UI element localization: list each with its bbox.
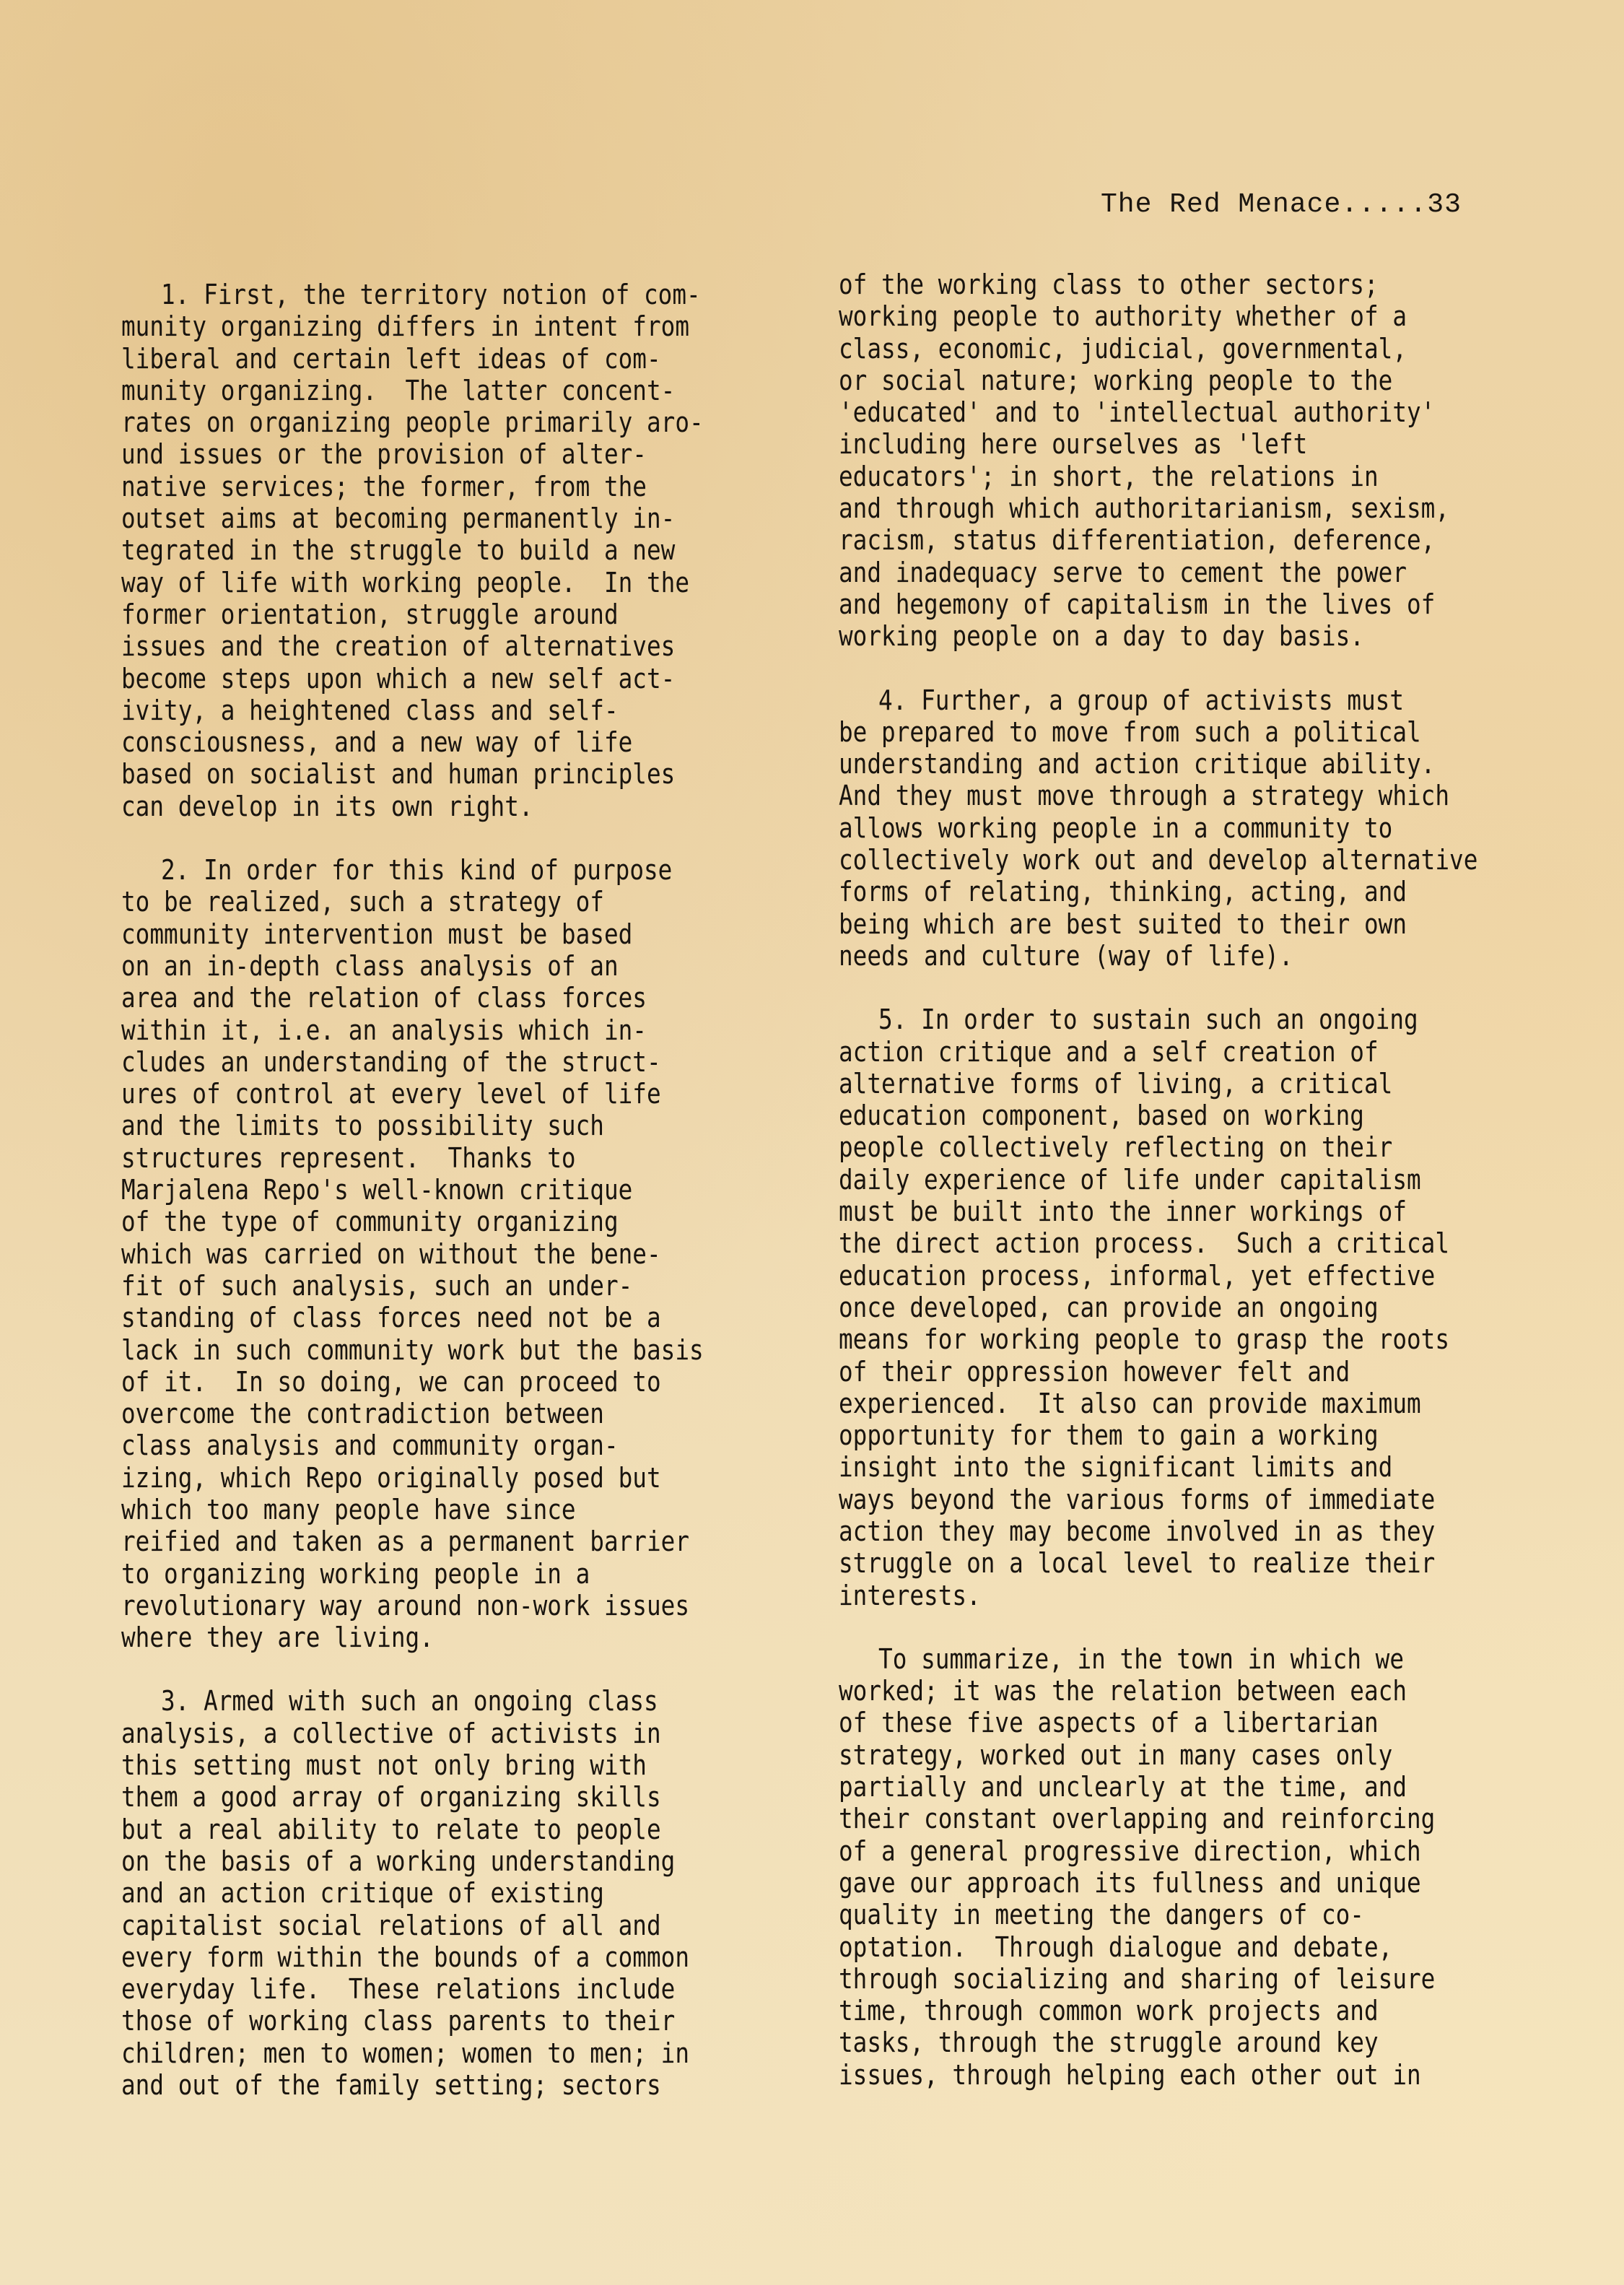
text-line: of the type of community organizing — [121, 1206, 717, 1237]
text-line: or social nature; working people to the — [839, 365, 1509, 396]
text-line: based on socialist and human principles — [121, 758, 717, 790]
text-line: optation. Through dialogue and debate, — [839, 1931, 1509, 1963]
text-line: interests. — [839, 1580, 1509, 1611]
text-line: community intervention must be based — [121, 918, 717, 950]
text-line: of a general progressive direction, whic… — [839, 1835, 1509, 1867]
text-line: izing, which Repo originally posed but — [121, 1462, 717, 1494]
text-line: them a good array of organizing skills — [121, 1781, 717, 1813]
text-line: once developed, can provide an ongoing — [839, 1292, 1509, 1323]
text-line: means for working people to grasp the ro… — [839, 1323, 1509, 1355]
right-column: of the working class to other sectors; w… — [839, 269, 1509, 2123]
paragraph-3-continued: of the working class to other sectors; w… — [839, 269, 1509, 653]
text-line: forms of relating, thinking, acting, and — [839, 876, 1509, 908]
text-line: can develop in its own right. — [121, 791, 717, 822]
text-line: understanding and action critique abilit… — [839, 748, 1509, 780]
text-line: within it, i.e. an analysis which in- — [121, 1014, 717, 1046]
text-line: become steps upon which a new self act- — [121, 663, 717, 695]
text-line: 1. First, the territory notion of com- — [121, 279, 717, 310]
text-line: struggle on a local level to realize the… — [839, 1547, 1509, 1579]
text-line: And they must move through a strategy wh… — [839, 780, 1509, 811]
text-line: 2. In order for this kind of purpose — [121, 854, 717, 886]
text-line: area and the relation of class forces — [121, 982, 717, 1014]
text-line: collectively work out and develop altern… — [839, 844, 1509, 876]
text-line: every form within the bounds of a common — [121, 1941, 717, 1973]
text-line: be prepared to move from such a politica… — [839, 716, 1509, 748]
text-line: and hegemony of capitalism in the lives … — [839, 588, 1509, 620]
text-line: ures of control at every level of life — [121, 1078, 717, 1110]
text-line: munity organizing differs in intent from — [121, 310, 717, 342]
text-line: their constant overlapping and reinforci… — [839, 1803, 1509, 1834]
text-line: und issues or the provision of alter- — [121, 438, 717, 470]
text-line: and out of the family setting; sectors — [121, 2069, 717, 2101]
text-line: 5. In order to sustain such an ongoing — [839, 1004, 1509, 1035]
text-line: overcome the contradiction between — [121, 1398, 717, 1429]
text-line: and the limits to possibility such — [121, 1110, 717, 1141]
text-line: ways beyond the various forms of immedia… — [839, 1484, 1509, 1515]
paragraph-2: 2. In order for this kind of purpose to … — [121, 854, 717, 1653]
text-line: working people on a day to day basis. — [839, 620, 1509, 652]
text-line: where they are living. — [121, 1622, 717, 1653]
text-line: fit of such analysis, such an under- — [121, 1270, 717, 1302]
text-line: everyday life. These relations include — [121, 1973, 717, 2005]
paragraph-5: 5. In order to sustain such an ongoing a… — [839, 1004, 1509, 1611]
text-line: of it. In so doing, we can proceed to — [121, 1366, 717, 1398]
paragraph-4: 4. Further, a group of activists must be… — [839, 684, 1509, 972]
text-line: To summarize, in the town in which we — [839, 1643, 1509, 1675]
text-line: and through which authoritarianism, sexi… — [839, 492, 1509, 524]
text-line: on the basis of a working understanding — [121, 1845, 717, 1877]
text-line: ivity, a heightened class and self- — [121, 695, 717, 726]
text-line: issues, through helping each other out i… — [839, 2059, 1509, 2091]
left-column: 1. First, the territory notion of com- m… — [121, 279, 717, 2133]
text-line: education process, informal, yet effecti… — [839, 1260, 1509, 1292]
text-line: action they may become involved in as th… — [839, 1515, 1509, 1547]
text-line: to organizing working people in a — [121, 1558, 717, 1590]
text-line: of the working class to other sectors; — [839, 269, 1509, 300]
text-line: rates on organizing people primarily aro… — [121, 406, 717, 438]
text-line: worked; it was the relation between each — [839, 1675, 1509, 1707]
text-line: the direct action process. Such a critic… — [839, 1227, 1509, 1259]
text-line: lack in such community work but the basi… — [121, 1334, 717, 1366]
text-line: racism, status differentiation, deferenc… — [839, 524, 1509, 556]
text-line: native services; the former, from the — [121, 471, 717, 502]
text-line: former orientation, struggle around — [121, 599, 717, 630]
text-line: alternative forms of living, a critical — [839, 1068, 1509, 1100]
text-line: those of working class parents to their — [121, 2005, 717, 2037]
text-line: being which are best suited to their own — [839, 908, 1509, 940]
text-line: class analysis and community organ- — [121, 1429, 717, 1461]
text-line: daily experience of life under capitalis… — [839, 1164, 1509, 1196]
text-line: which was carried on without the bene- — [121, 1238, 717, 1270]
text-line: way of life with working people. In the — [121, 567, 717, 599]
text-line: through socializing and sharing of leisu… — [839, 1963, 1509, 1995]
text-line: action critique and a self creation of — [839, 1036, 1509, 1068]
text-line: quality in meeting the dangers of co- — [839, 1899, 1509, 1931]
text-line: structures represent. Thanks to — [121, 1142, 717, 1174]
text-line: to be realized, such a strategy of — [121, 886, 717, 918]
text-line: people collectively reflecting on their — [839, 1131, 1509, 1163]
text-line: educators'; in short, the relations in — [839, 461, 1509, 492]
text-line: on an in-depth class analysis of an — [121, 950, 717, 982]
text-line: analysis, a collective of activists in — [121, 1718, 717, 1749]
text-line: cludes an understanding of the struct- — [121, 1046, 717, 1078]
text-line: issues and the creation of alternatives — [121, 630, 717, 662]
text-line: but a real ability to relate to people — [121, 1814, 717, 1845]
text-line: and inadequacy serve to cement the power — [839, 557, 1509, 588]
text-line: education component, based on working — [839, 1100, 1509, 1131]
text-line: opportunity for them to gain a working — [839, 1419, 1509, 1451]
text-line: 3. Armed with such an ongoing class — [121, 1685, 717, 1717]
text-line: revolutionary way around non-work issues — [121, 1590, 717, 1622]
text-line: 'educated' and to 'intellectual authorit… — [839, 396, 1509, 428]
text-line: experienced. It also can provide maximum — [839, 1388, 1509, 1419]
text-line: insight into the significant limits and — [839, 1451, 1509, 1483]
paragraph-summary: To summarize, in the town in which we wo… — [839, 1643, 1509, 2091]
text-line: of their oppression however felt and — [839, 1356, 1509, 1388]
text-line: partially and unclearly at the time, and — [839, 1771, 1509, 1803]
paragraph-3: 3. Armed with such an ongoing class anal… — [121, 1685, 717, 2101]
text-line: tegrated in the struggle to build a new — [121, 534, 717, 566]
text-line: children; men to women; women to men; in — [121, 2037, 717, 2069]
text-line: strategy, worked out in many cases only — [839, 1739, 1509, 1771]
text-line: of these five aspects of a libertarian — [839, 1707, 1509, 1738]
text-line: allows working people in a community to — [839, 812, 1509, 844]
text-line: time, through common work projects and — [839, 1995, 1509, 2027]
text-line: standing of class forces need not be a — [121, 1302, 717, 1333]
text-line: liberal and certain left ideas of com- — [121, 343, 717, 375]
text-line: consciousness, and a new way of life — [121, 726, 717, 758]
text-line: working people to authority whether of a — [839, 300, 1509, 332]
text-line: 4. Further, a group of activists must — [839, 684, 1509, 716]
text-line: reified and taken as a permanent barrier — [121, 1525, 717, 1557]
text-line: munity organizing. The latter concent- — [121, 375, 717, 406]
text-line: which too many people have since — [121, 1494, 717, 1525]
text-line: this setting must not only bring with — [121, 1749, 717, 1781]
text-line: class, economic, judicial, governmental, — [839, 333, 1509, 365]
paragraph-1: 1. First, the territory notion of com- m… — [121, 279, 717, 822]
text-line: capitalist social relations of all and — [121, 1910, 717, 1941]
text-line: outset aims at becoming permanently in- — [121, 502, 717, 534]
text-line: including here ourselves as 'left — [839, 428, 1509, 460]
running-header: The Red Menace.....33 — [1101, 189, 1462, 220]
text-line: Marjalena Repo's well-known critique — [121, 1174, 717, 1206]
text-line: must be built into the inner workings of — [839, 1196, 1509, 1227]
text-line: gave our approach its fullness and uniqu… — [839, 1867, 1509, 1899]
text-line: and an action critique of existing — [121, 1877, 717, 1909]
text-line: needs and culture (way of life). — [839, 940, 1509, 972]
text-line: tasks, through the struggle around key — [839, 2027, 1509, 2058]
